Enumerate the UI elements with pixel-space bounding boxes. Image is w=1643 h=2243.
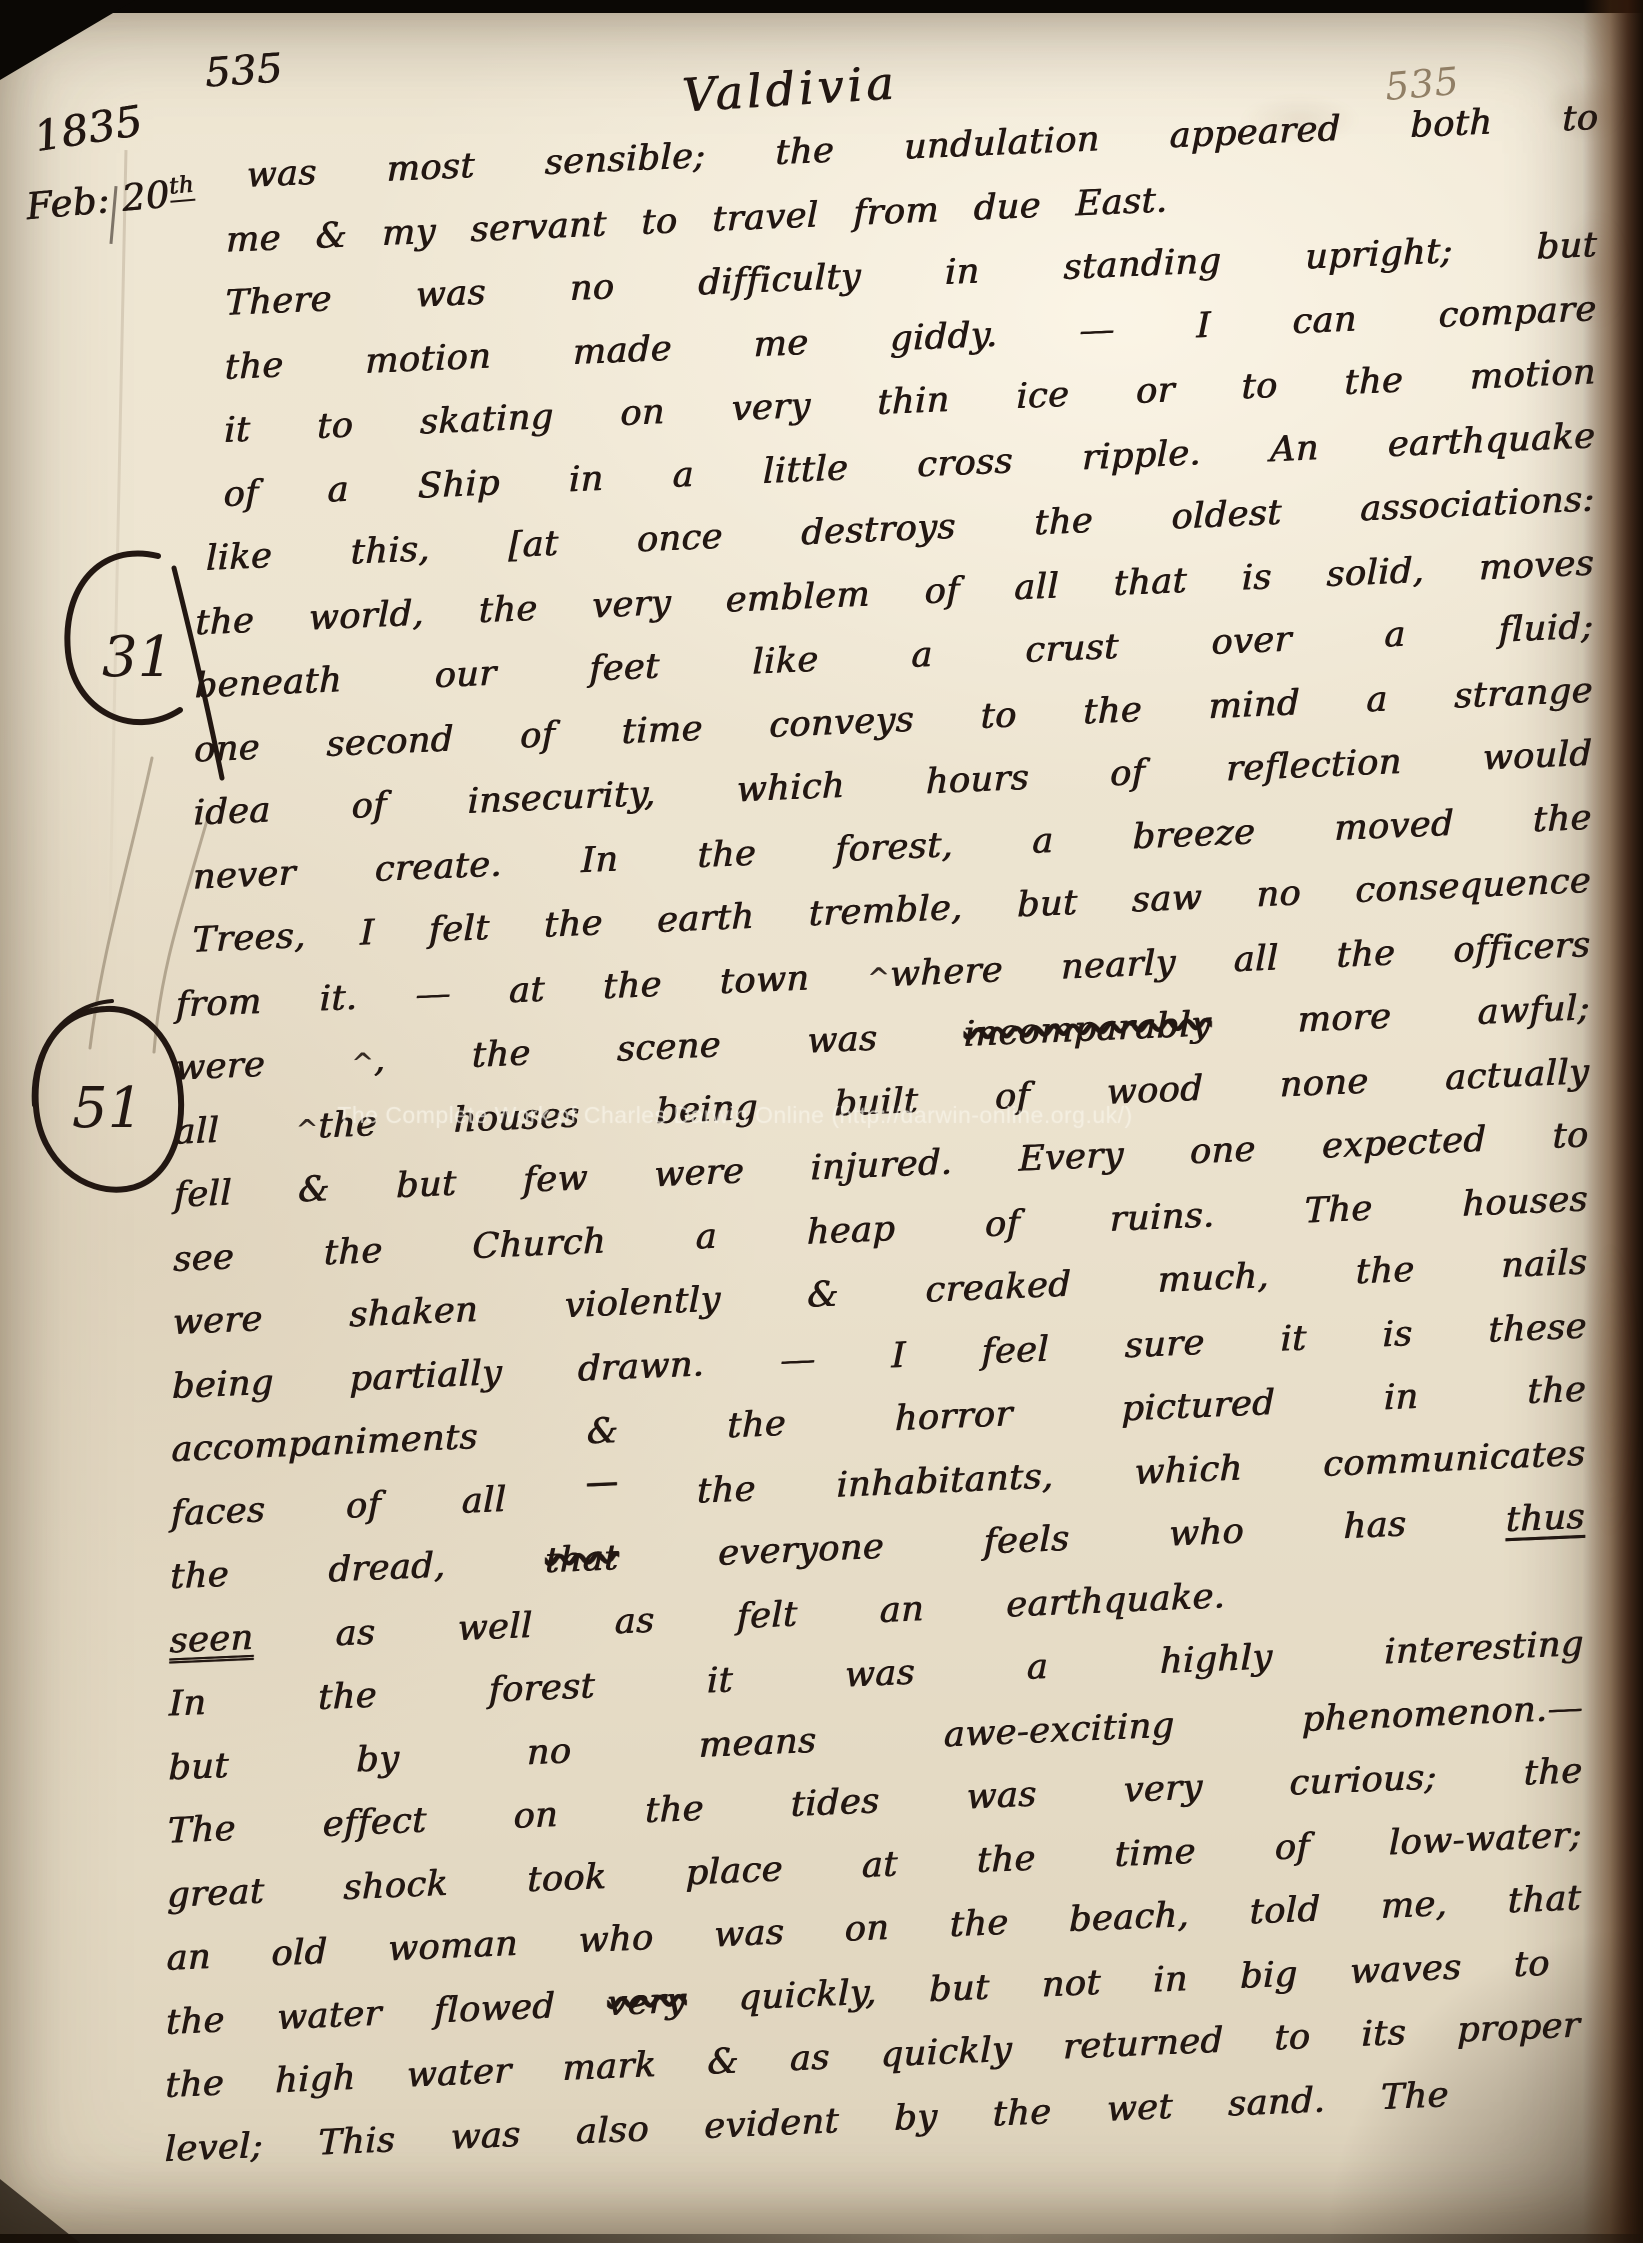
page-number-left: 535 [203, 45, 284, 96]
manuscript-page: 1835 Feb: 20th 535 Valdivia 535 31 51 wa… [0, 0, 1643, 2243]
insertion-caret: ^ [351, 1048, 374, 1079]
photo-corner-top-left [0, 0, 135, 80]
entry-year: 1835 [31, 96, 146, 161]
interlinear-struck-word: — [587, 1468, 617, 1499]
margin-number-31-label: 31 [102, 625, 173, 690]
margin-number-51-label: 51 [72, 1076, 143, 1141]
struck-word: that [545, 1538, 619, 1581]
double-underlined-word: seen [169, 1617, 253, 1661]
struck-word: incomparably [964, 1004, 1212, 1055]
entry-date-text: Feb: 20 [24, 173, 171, 228]
photo-edge-top [0, 0, 1643, 13]
watermark: The Complete Work of Charles Darwin Onli… [330, 1102, 1140, 1129]
struck-word: very [607, 1980, 686, 2023]
bleed-through-mark [1580, 1240, 1640, 1540]
insertion-caret: ^ [867, 963, 890, 994]
insertion-caret: ^ [296, 1114, 319, 1145]
diary-entry-body: was most sensible; the undulation appear… [152, 87, 1598, 2183]
underlined-word: thus [1506, 1497, 1585, 1540]
